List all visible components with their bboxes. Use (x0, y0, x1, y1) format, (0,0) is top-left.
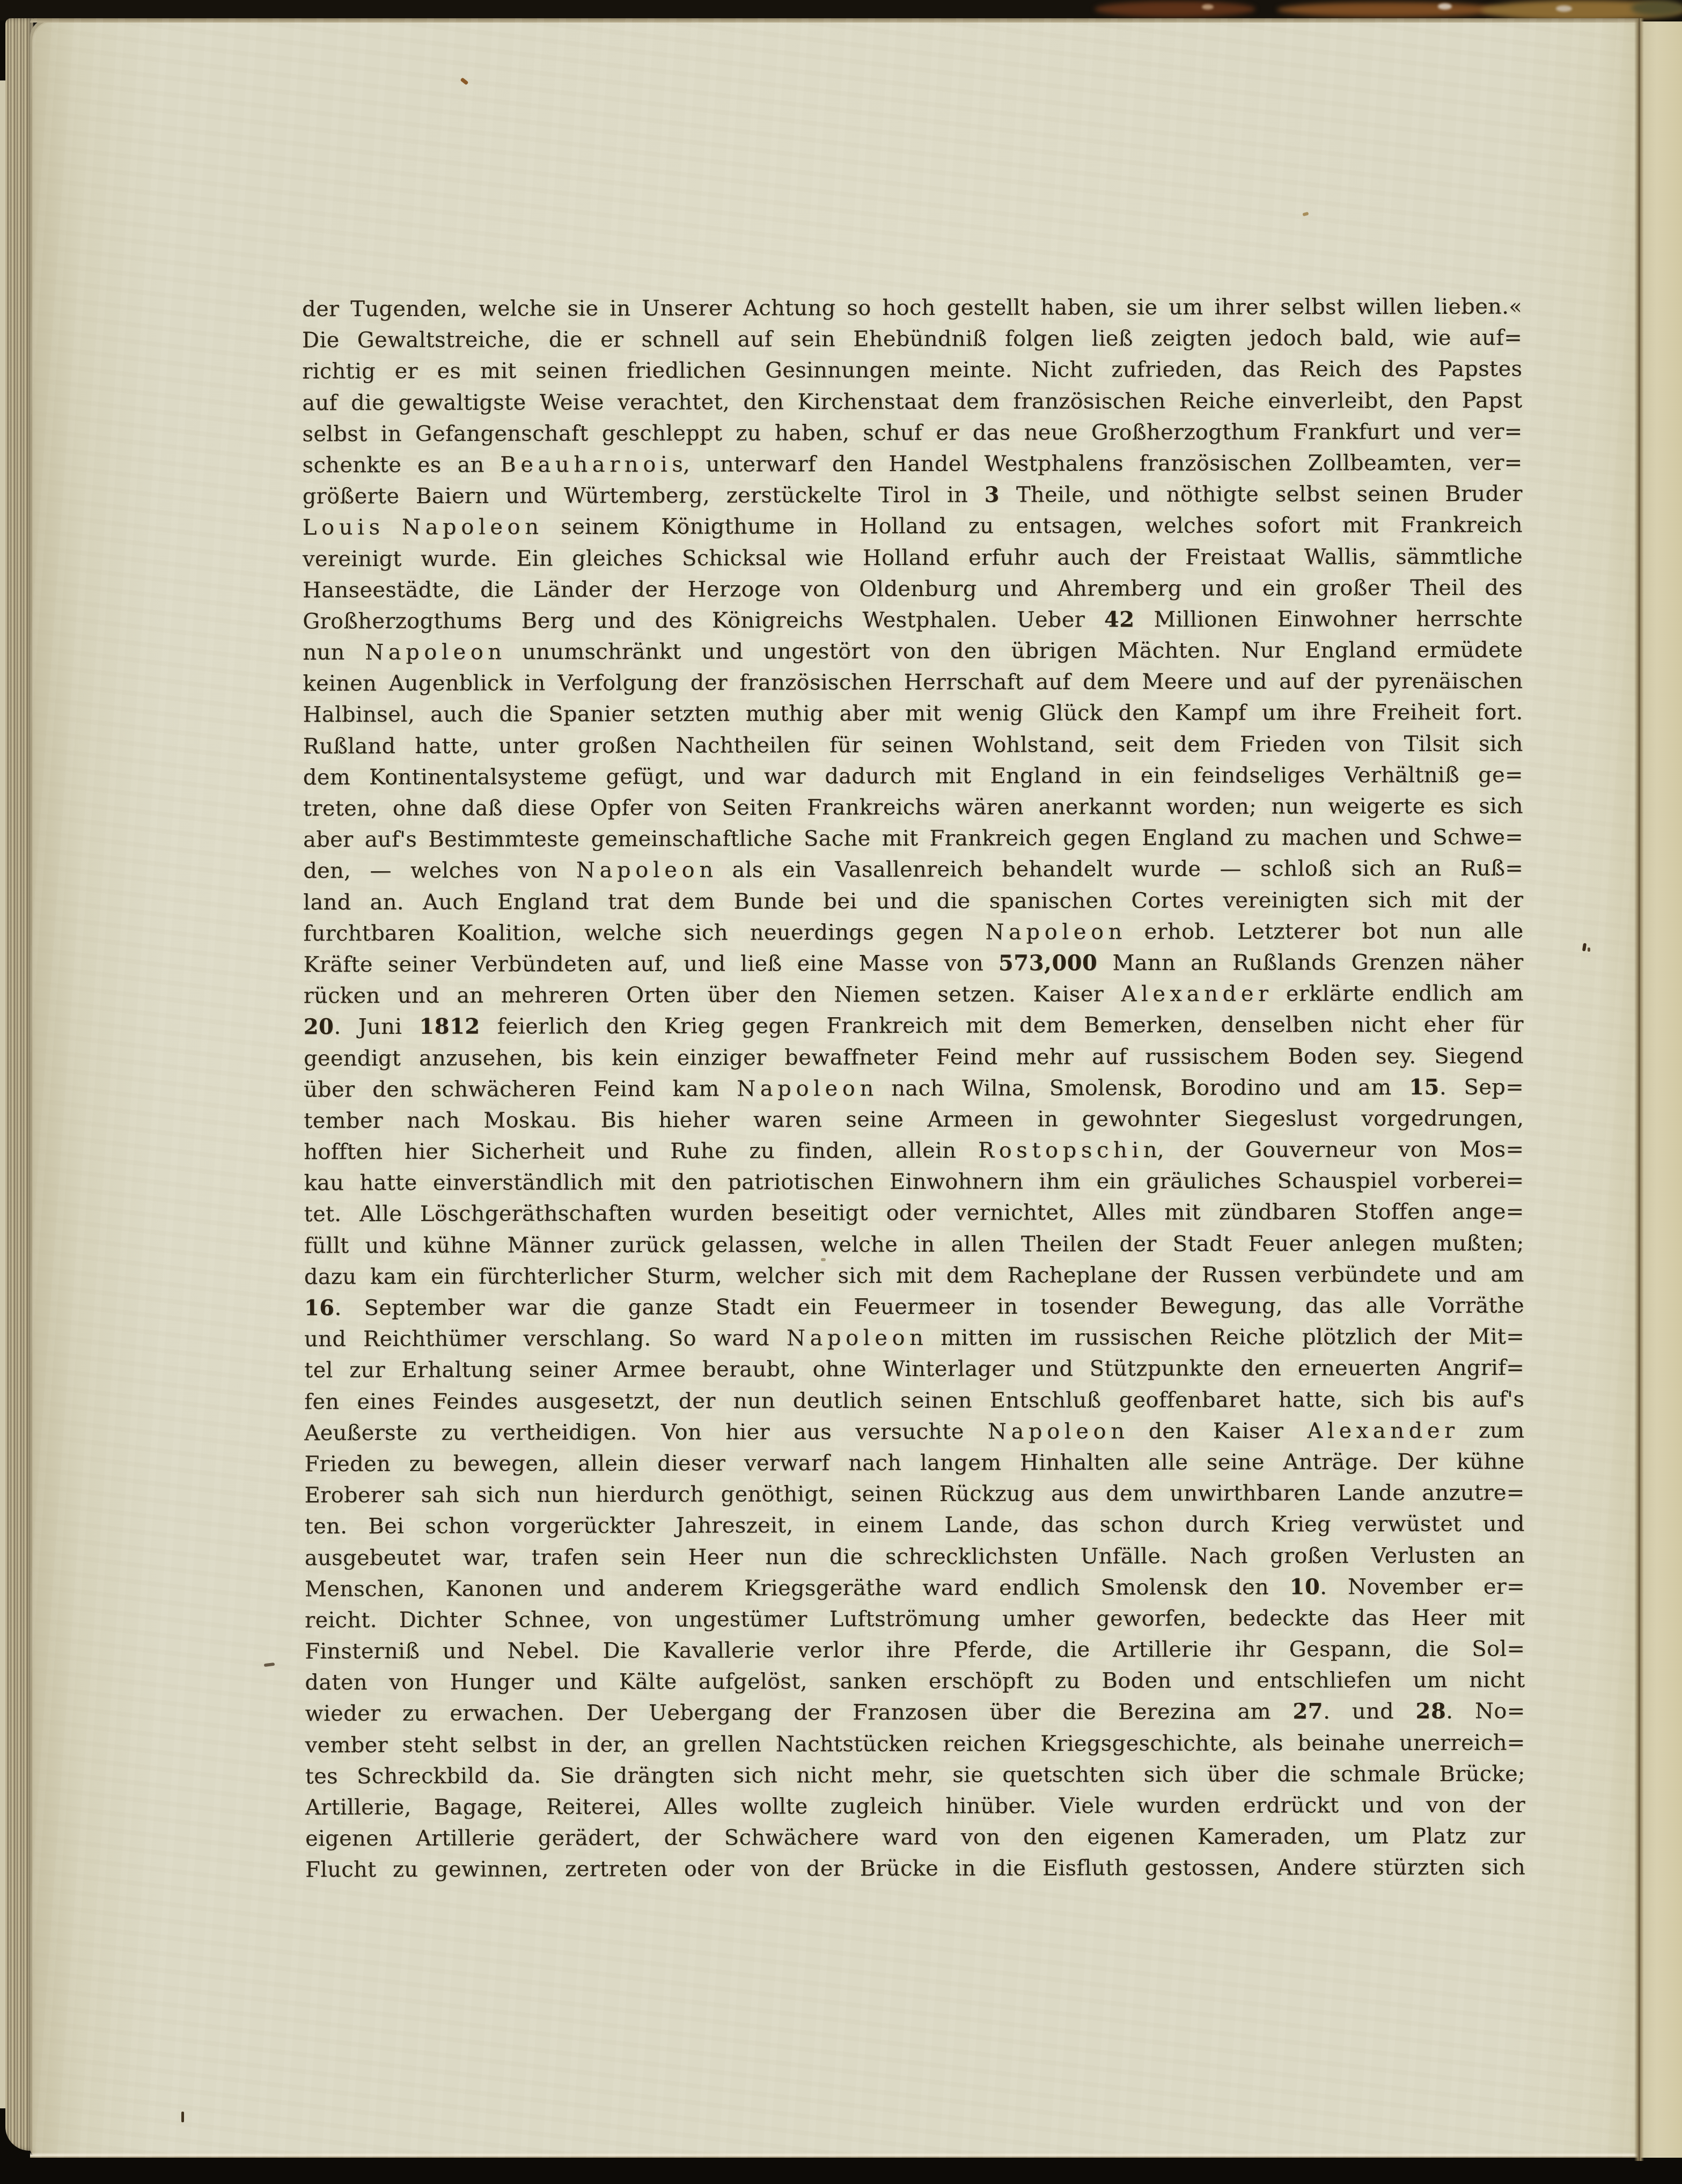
marble-blob (1277, 2, 1502, 17)
text-line: füllt und kühne Männer zurück gelassen, … (304, 1227, 1524, 1261)
text-line: größerte Baiern und Würtemberg, zerstück… (303, 479, 1523, 512)
text-line: Flucht zu gewinnen, zertreten oder von d… (305, 1852, 1525, 1886)
book-scan: der Tugenden, welche sie in Unserer Acht… (0, 0, 1682, 2184)
number: 42 (1104, 607, 1135, 632)
text-line: hofften hier Sicherheit und Ruhe zu find… (304, 1134, 1524, 1168)
number: 10 (1290, 1574, 1320, 1599)
text-line: vember steht selbst in der, an grellen N… (305, 1727, 1525, 1761)
text-line: ten. Bei schon vorgerückter Jahreszeit, … (305, 1509, 1525, 1542)
text-line: land an. Auch England trat dem Bunde bei… (303, 884, 1523, 918)
page-crease (1634, 18, 1644, 2161)
text-line: tet. Alle Löschgeräthschaften wurden bes… (304, 1196, 1524, 1230)
text-block: der Tugenden, welche sie in Unserer Acht… (302, 291, 1525, 1886)
adjacent-page-strip (1641, 21, 1682, 2158)
text-line: eigenen Artillerie gerädert, der Schwäch… (305, 1821, 1525, 1855)
text-line: den, — welches von N a p o l e o n als e… (303, 853, 1523, 887)
text-line: tes Schreckbild da. Sie drängten sich ni… (305, 1758, 1525, 1792)
text-line: reicht. Dichter Schnee, von ungestümer L… (305, 1602, 1525, 1636)
marble-speck (1202, 4, 1214, 10)
text-line: Finsterniß und Nebel. Die Kavallerie ver… (305, 1634, 1525, 1667)
text-line: Hanseestädte, die Länder der Herzoge von… (303, 572, 1523, 606)
text-line: keinen Augenblick in Verfolgung der fran… (303, 666, 1523, 700)
number: 1812 (419, 1014, 480, 1039)
text-line: aber auf's Bestimmteste gemeinschaftlich… (303, 822, 1523, 856)
text-line: Rußland hatte, unter großen Nachtheilen … (303, 728, 1523, 762)
text-line: rücken und an mehreren Orten über den Ni… (304, 978, 1524, 1012)
page-stack-edges (5, 18, 33, 2151)
text-line: der Tugenden, welche sie in Unserer Acht… (302, 291, 1522, 325)
number: 27 (1292, 1699, 1323, 1724)
text-line: dem Kontinentalsysteme gefügt, und war d… (303, 759, 1523, 793)
text-line: Großherzogthums Berg und des Königreichs… (303, 603, 1523, 637)
text-line: über den schwächeren Feind kam N a p o l… (304, 1071, 1524, 1105)
number: 15 (1409, 1075, 1439, 1100)
text-line: treten, ohne daß diese Opfer von Seiten … (303, 791, 1523, 825)
marble-speck (1438, 3, 1452, 10)
text-line: Artillerie, Bagage, Reiterei, Alles woll… (305, 1790, 1525, 1823)
text-line: auf die gewaltigste Weise verachtet, den… (302, 385, 1522, 418)
text-line: 20. Juni 1812 feierlich den Krieg gegen … (304, 1009, 1524, 1043)
marble-speck (1556, 5, 1572, 12)
page-top-edge (30, 18, 1641, 23)
text-line: nun N a p o l e o n unumschränkt und ung… (303, 635, 1523, 668)
text-line: Menschen, Kanonen und anderem Kriegsgerä… (305, 1571, 1525, 1605)
number: 20 (304, 1014, 334, 1040)
text-line: Aeußerste zu vertheidigen. Von hier aus … (304, 1415, 1524, 1448)
text-line: kau hatte einverständlich mit den patrio… (304, 1165, 1524, 1199)
cover-top-band (0, 0, 1682, 20)
text-line: L o u i s N a p o l e o n seinem Königth… (303, 510, 1523, 543)
text-line: daten von Hunger und Kälte aufgelöst, sa… (305, 1665, 1525, 1698)
text-line: Die Gewaltstreiche, die er schnell auf s… (302, 322, 1522, 356)
number: 3 (985, 482, 1000, 508)
text-line: richtig er es mit seinen friedlichen Ges… (302, 354, 1522, 387)
number: 573,000 (998, 950, 1098, 975)
marble-blob (1095, 1, 1255, 17)
text-line: tel zur Erhaltung seiner Armee beraubt, … (304, 1352, 1524, 1386)
text-line: vereinigt wurde. Ein gleiches Schicksal … (303, 541, 1523, 575)
text-line: geendigt anzusehen, bis kein einziger be… (304, 1040, 1524, 1074)
text-line: Kräfte seiner Verbündeten auf, und ließ … (303, 947, 1523, 981)
text-line: fen eines Feindes ausgesetzt, der nun de… (304, 1384, 1524, 1417)
text-line: schenkte es an B e a u h a r n o i s, un… (303, 447, 1523, 481)
text-line: selbst in Gefangenschaft geschleppt zu h… (302, 416, 1522, 450)
text-line: wieder zu erwachen. Der Uebergang der Fr… (305, 1696, 1525, 1730)
page-bottom-edge (30, 2152, 1641, 2158)
text-line: dazu kam ein fürchterlicher Sturm, welch… (304, 1259, 1524, 1292)
text-line: 16. September war die ganze Stadt ein Fe… (304, 1290, 1524, 1324)
number: 28 (1416, 1698, 1446, 1724)
number: 16 (304, 1295, 335, 1320)
text-line: tember nach Moskau. Bis hieher waren sei… (304, 1102, 1524, 1136)
marble-blob (1631, 0, 1682, 16)
text-line: Frieden zu bewegen, allein dieser verwar… (304, 1446, 1524, 1480)
text-line: Eroberer sah sich nun hierdurch genöthig… (305, 1477, 1525, 1511)
text-line: ausgebeutet war, trafen sein Heer nun di… (305, 1540, 1525, 1573)
text-line: Halbinsel, auch die Spanier setzten muth… (303, 697, 1523, 731)
text-line: furchtbaren Koalition, welche sich neuer… (303, 915, 1523, 949)
text-line: und Reichthümer verschlang. So ward N a … (304, 1321, 1524, 1355)
